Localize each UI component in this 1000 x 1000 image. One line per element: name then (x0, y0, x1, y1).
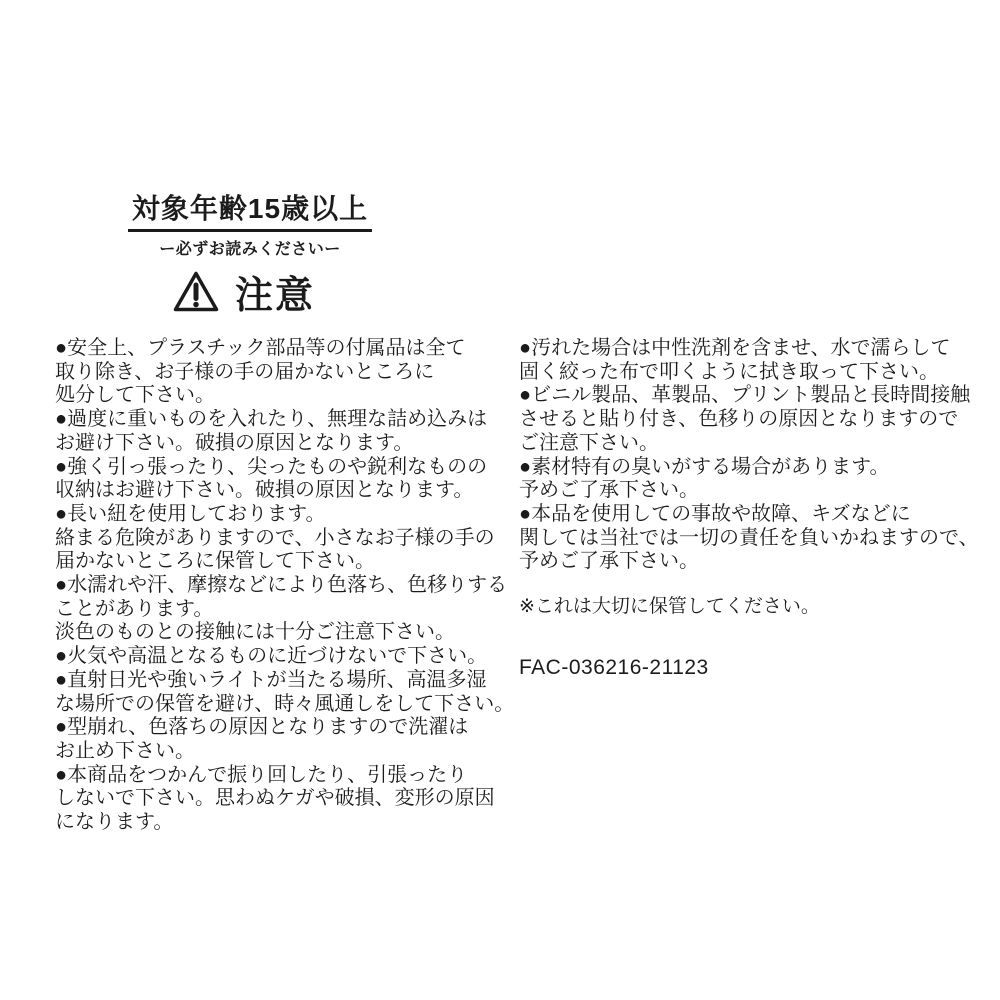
left-warning-column: ●安全上、プラスチック部品等の付属品は全て取り除き、お子様の手の届かないところに… (55, 337, 505, 835)
warning-line: 固く絞った布で叩くように拭き取って下さい。 (519, 361, 984, 385)
warning-line: ●素材特有の臭いがする場合があります。 (519, 456, 984, 480)
warning-line: な場所での保管を避け、時々風通しをして下さい。 (55, 693, 505, 717)
warning-line: になります。 (55, 811, 505, 835)
warning-line: 予めご了承下さい。 (519, 479, 984, 503)
warning-line: 予めご了承下さい。 (519, 550, 984, 574)
warning-line: ●本商品をつかんで振り回したり、引張ったり (55, 764, 505, 788)
warning-line: ●安全上、プラスチック部品等の付属品は全て (55, 337, 505, 361)
warning-line: ご注意下さい。 (519, 432, 984, 456)
header: 対象年齢15歳以上 ー必ずお読みくださいー 注意 (0, 187, 500, 319)
warning-line: 絡まる危険がありますので、小さなお子様の手の (55, 527, 505, 551)
product-code: FAC-036216-21123 (519, 656, 984, 680)
warning-line: 関しては当社では一切の責任を負いかねますので、 (519, 527, 984, 551)
caution-heading: 注意 (171, 264, 315, 319)
warning-line: ●本品を使用しての事故や故障、キズなどに (519, 503, 984, 527)
warning-line: しないで下さい。思わぬケガや破損、変形の原因 (55, 787, 505, 811)
warning-line: 収納はお避け下さい。破損の原因となります。 (55, 479, 505, 503)
right-warning-column: ●汚れた場合は中性洗剤を含ませ、水で濡らして固く絞った布で叩くように拭き取って下… (519, 337, 984, 679)
read-notice-subtitle: ー必ずお読みくださいー (159, 236, 341, 259)
right-warning-lines: ●汚れた場合は中性洗剤を含ませ、水で濡らして固く絞った布で叩くように拭き取って下… (519, 337, 984, 574)
warning-line: ●汚れた場合は中性洗剤を含ませ、水で濡らして (519, 337, 984, 361)
warning-line: お止め下さい。 (55, 740, 505, 764)
warning-line: ●水濡れや汗、摩擦などにより色落ち、色移りする (55, 574, 505, 598)
caution-label: 注意 (235, 264, 315, 319)
warning-line: ●火気や高温となるものに近づけないで下さい。 (55, 645, 505, 669)
warning-line: ●型崩れ、色落ちの原因となりますので洗濯は (55, 716, 505, 740)
age-restriction-title: 対象年齢15歳以上 (128, 187, 372, 232)
keep-safe-note: ※これは大切に保管してください。 (519, 595, 984, 619)
warning-line: ●過度に重いものを入れたり、無理な詰め込みは (55, 408, 505, 432)
warning-line: お避け下さい。破損の原因となります。 (55, 432, 505, 456)
warning-line: 取り除き、お子様の手の届かないところに (55, 361, 505, 385)
caution-label-sheet: 対象年齢15歳以上 ー必ずお読みくださいー 注意 ●安全上、プラスチック部品等の… (0, 0, 1000, 1000)
warning-line: ことがあります。 (55, 598, 505, 622)
warning-line: ●強く引っ張ったり、尖ったものや鋭利なものの (55, 456, 505, 480)
warning-line: ●ビニル製品、革製品、プリント製品と長時間接触 (519, 384, 984, 408)
warning-triangle-icon (171, 269, 221, 315)
warning-line: 処分して下さい。 (55, 384, 505, 408)
warning-line: ●直射日光や強いライトが当たる場所、高温多湿 (55, 669, 505, 693)
warning-line: 届かないところに保管して下さい。 (55, 550, 505, 574)
warning-line: ●長い紐を使用しております。 (55, 503, 505, 527)
warning-line: 淡色のものとの接触には十分ご注意下さい。 (55, 621, 505, 645)
warning-line: させると貼り付き、色移りの原因となりますので (519, 408, 984, 432)
